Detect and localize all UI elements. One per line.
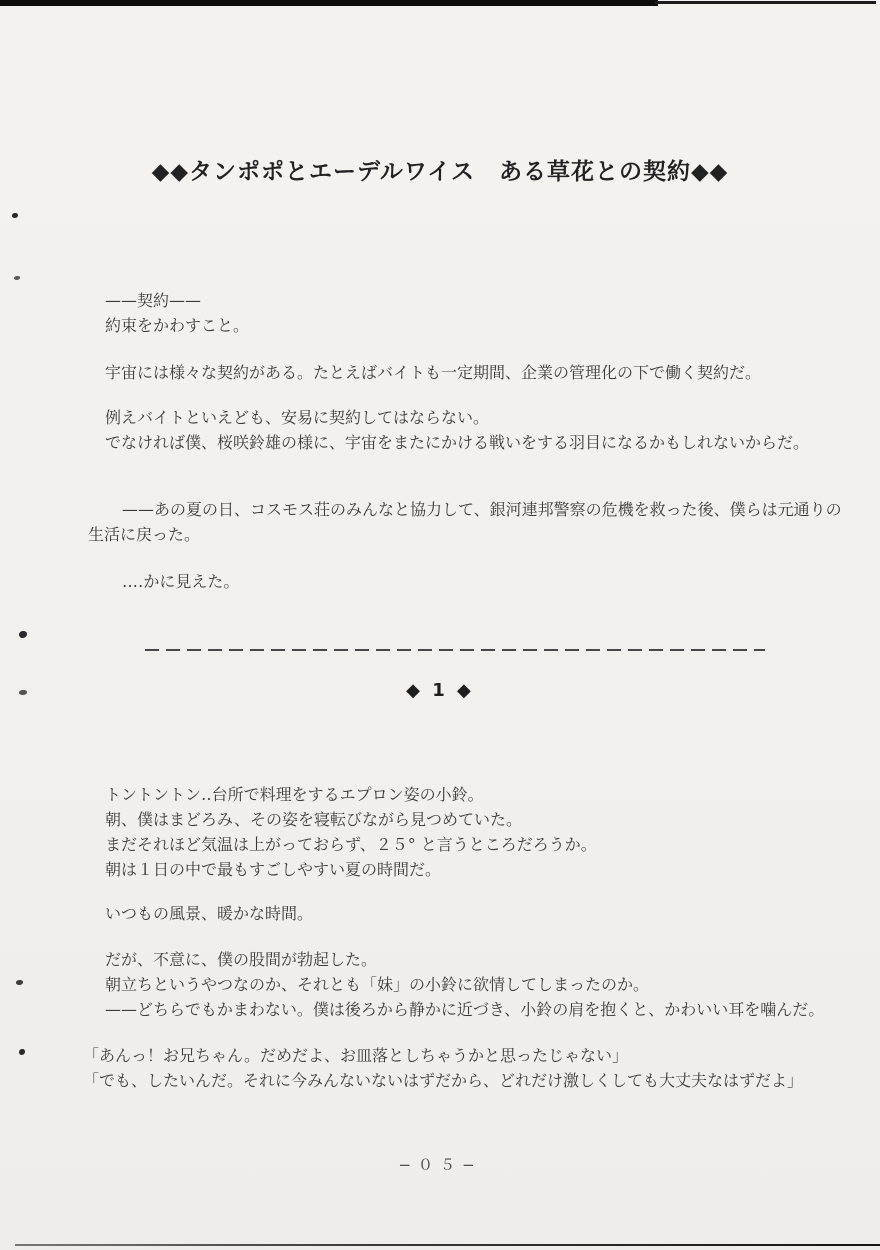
paragraph: いつもの風景、暖かな時間。	[0, 901, 880, 926]
text-line: 約束をかわすこと。	[0, 313, 880, 338]
scan-speck	[19, 631, 27, 638]
scanned-document-page: ◆◆タンポポとエーデルワイス ある草花との契約◆◆ ——契約——約束をかわすこと…	[0, 0, 880, 1250]
intro-text-block: ——契約——約束をかわすこと。宇宙には様々な契約がある。たとえばバイトも一定期間…	[0, 288, 880, 594]
text-line: 朝立ちというやつなのか、それとも「妹」の小鈴に欲情してしまったのか。	[0, 972, 880, 997]
text-line: トントントン‥台所で料理をするエプロン姿の小鈴。	[0, 782, 880, 807]
paragraph: 例えバイトといえども、安易に契約してはならない。でなければ僕、桜咲鈴雄の様に、宇…	[0, 405, 880, 455]
text-line: だが、不意に、僕の股間が勃起した。	[0, 947, 880, 972]
text-line: ——契約——	[0, 288, 880, 313]
scan-speck	[12, 213, 18, 218]
dashed-separator-line	[145, 649, 765, 651]
chapter-1-text-block: トントントン‥台所で料理をするエプロン姿の小鈴。朝、僕はまどろみ、その姿を寝転び…	[0, 782, 880, 1093]
text-line: 例えバイトといえども、安易に契約してはならない。	[0, 405, 880, 430]
scan-speck	[14, 276, 20, 280]
text-line: 「でも、したいんだ。それに今みんないないはずだから、どれだけ激しくしても大丈夫な…	[0, 1068, 880, 1093]
text-line: 朝、僕はまどろみ、その姿を寝転びながら見つめていた。	[0, 807, 880, 832]
text-line: ——どちらでもかまわない。僕は後ろから静かに近づき、小鈴の肩を抱くと、かわいい耳…	[0, 997, 880, 1022]
scan-edge-top	[0, 0, 658, 6]
text-line: まだそれほど気温は上がっておらず、２５° と言うところだろうか。	[0, 832, 880, 857]
text-line: 朝は１日の中で最もすごしやすい夏の時間だ。	[0, 857, 880, 882]
paragraph: 「あんっ！お兄ちゃん。だめだよ、お皿落としちゃうかと思ったじゃない」「でも、した…	[0, 1043, 880, 1093]
paragraph: ‥‥かに見えた。	[0, 569, 880, 594]
text-line: 宇宙には様々な契約がある。たとえばバイトも一定期間、企業の管理化の下で働く契約だ…	[0, 360, 880, 385]
text-line: いつもの風景、暖かな時間。	[0, 901, 880, 926]
paragraph: ——あの夏の日、コスモス荘のみんなと協力して、銀河連邦警察の危機を救った後、僕ら…	[0, 497, 880, 547]
paragraph: 宇宙には様々な契約がある。たとえばバイトも一定期間、企業の管理化の下で働く契約だ…	[0, 360, 880, 385]
text-line: ——あの夏の日、コスモス荘のみんなと協力して、銀河連邦警察の危機を救った後、僕ら…	[0, 497, 880, 522]
paragraph: だが、不意に、僕の股間が勃起した。朝立ちというやつなのか、それとも「妹」の小鈴に…	[0, 947, 880, 1022]
text-line: 生活に戻った。	[0, 522, 880, 547]
story-title: ◆◆タンポポとエーデルワイス ある草花との契約◆◆	[0, 153, 880, 186]
paragraph: ——契約——約束をかわすこと。	[0, 288, 880, 338]
page-number: −０５−	[0, 1154, 880, 1175]
text-line: でなければ僕、桜咲鈴雄の様に、宇宙をまたにかける戦いをする羽目になるかもしれない…	[0, 430, 880, 455]
text-line: ‥‥かに見えた。	[0, 569, 880, 594]
chapter-1-marker: ◆ 1 ◆	[0, 680, 880, 701]
scan-edge-top-thin	[655, 1, 876, 4]
paragraph: トントントン‥台所で料理をするエプロン姿の小鈴。朝、僕はまどろみ、その姿を寝転び…	[0, 782, 880, 882]
scan-edge-bottom	[15, 1244, 880, 1246]
text-line: 「あんっ！お兄ちゃん。だめだよ、お皿落としちゃうかと思ったじゃない」	[0, 1043, 880, 1068]
